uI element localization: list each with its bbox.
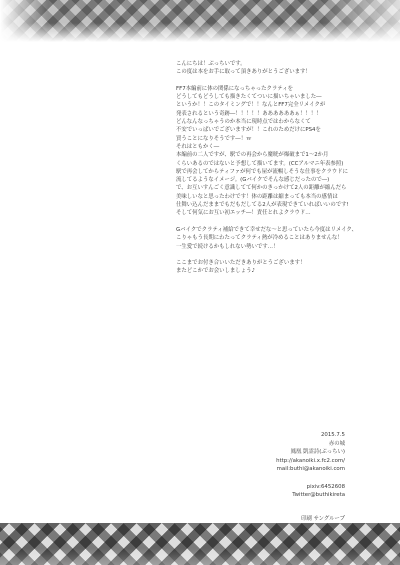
text-line: それはともかく― (176, 143, 356, 151)
text-line: 流してるようなイメージ。(Gバイクでそんな感じだったので―) (176, 176, 356, 184)
text-line: FF7本編前に体の関係になっちゃったクラティを (176, 85, 356, 93)
text-line: で、お互いすんごく意識してて何かのきっかけて2人の距離が縮んだら (176, 184, 356, 192)
text-line: またどこかでお会いしましょう♪ (176, 267, 356, 275)
greeting-paragraph: こんにちは！ぶっちいです。 この度は本をお手に取って頂きありがとうございます！ (176, 60, 356, 77)
text-line: 不安でいっぱいでございますが！！これのためだけにPS4を (176, 126, 356, 134)
website-link: http://akanoiki.x.fc2.com/ (276, 457, 345, 466)
decorative-pattern-bottom (0, 523, 400, 565)
text-line: 発表されるという奇跡―！！！！！ああああああぁ！！！！ (176, 110, 356, 118)
colophon: 2015.7.5 赤の城 鳳凰 凱霊詩(ぶっちい) http://akanoik… (276, 431, 345, 500)
text-line: どんなんなっちゃうのか本当に現時点ではわからなくて (176, 118, 356, 126)
text-line: 美味しいなと思ったわけです！体の距離は縮まっても本当の感情は (176, 193, 356, 201)
author-name: 鳳凰 凱霊詩(ぶっちい) (276, 448, 345, 457)
text-line: この度は本をお手に取って頂きありがとうございます！ (176, 68, 356, 76)
text-line: 買うことになりそうです―！ｗ (176, 135, 356, 143)
remake-paragraph: Gバイクでクラティ補給できて幸せだな～と思っていたら今度はリメイク、 こりゃもう… (176, 226, 356, 251)
text-line: そして何気にお互い初エッチ―！責任とれよクラウド… (176, 209, 356, 217)
publish-date: 2015.7.5 (276, 431, 345, 440)
text-line: くらいあるのではないと予想して描いてます。(CCアルマニ年表参照) (176, 160, 356, 168)
text-line: ここまでお付き合いいただきありがとうございます！ (176, 259, 356, 267)
mail-address: mail:buthi@akanoiki.com (276, 465, 345, 474)
pixiv-id: pixiv:6452608 (276, 483, 345, 492)
main-paragraph: FF7本編前に体の関係になっちゃったクラティを どうしてもどうしても描きたくてつ… (176, 85, 356, 218)
closing-paragraph: ここまでお付き合いいただきありがとうございます！ またどこかでお会いしましょう♪ (176, 259, 356, 276)
printer-credit: 印刷 サングループ (301, 514, 345, 522)
text-line: 一生愛で続けるかもしれない勢いです…！ (176, 243, 356, 251)
decorative-pattern-top (0, 0, 400, 42)
circle-name: 赤の城 (276, 440, 345, 449)
text-line: 本編前の二人ですが、駅での再会から魔晄が爆破まで1～2か月 (176, 151, 356, 159)
text-line: というか！！このタイミングで！！なんとFF7完全リメイクが (176, 101, 356, 109)
text-line: 駅で再会してからティファが何でも屋が流暢しそうな仕事をクラウドに (176, 168, 356, 176)
twitter-handle: Twitter@buthikireta (276, 491, 345, 500)
text-line: 仕舞い込んだままでもだもだしてる2人が表現できていればいいのです! (176, 201, 356, 209)
text-line: どうしてもどうしても描きたくてついに描いちゃいました― (176, 93, 356, 101)
text-line: こんにちは！ぶっちいです。 (176, 60, 356, 68)
text-line: こりゃもう長期にわたってクラティ熱が冷めることはありませんな！ (176, 234, 356, 242)
text-line: Gバイクでクラティ補給できて幸せだな～と思っていたら今度はリメイク、 (176, 226, 356, 234)
afterword-letter: こんにちは！ぶっちいです。 この度は本をお手に取って頂きありがとうございます！ … (176, 60, 356, 276)
